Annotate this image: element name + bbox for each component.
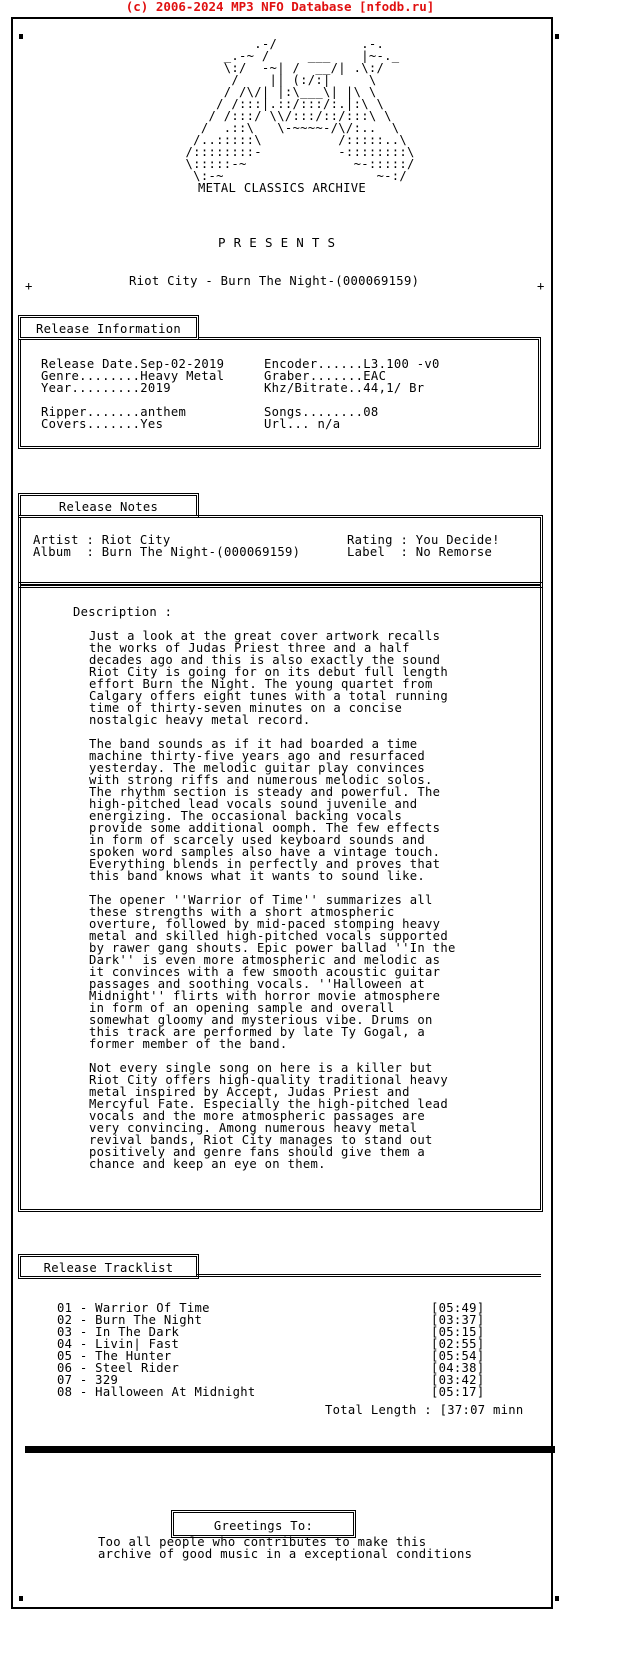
corner-marker-icon (19, 34, 23, 39)
copyright-banner: (c) 2006-2024 MP3 NFO Database [nfodb.ru… (0, 0, 560, 14)
info-row: Url... n/a (264, 418, 440, 430)
section-separator (25, 1446, 555, 1453)
info-value: 08 (363, 405, 378, 419)
presents-heading: P R E S E N T S (218, 237, 335, 249)
info-row: Khz/Bitrate..44,1/ Br (264, 382, 440, 394)
description-text: Just a look at the great cover artwork r… (89, 630, 456, 1182)
corner-marker-icon (555, 1596, 559, 1601)
label-value: No Remorse (416, 545, 492, 559)
info-row: Year.........2019 (41, 382, 224, 394)
description-paragraph: Not every single song on here is a kille… (89, 1062, 456, 1170)
release-info-left: Release Date.Sep-02-2019Genre........Hea… (41, 358, 224, 430)
info-label: Url... (264, 417, 317, 431)
title-bullet-left: + (25, 280, 33, 292)
release-info-tab: Release Information (18, 315, 199, 340)
total-length-label: Total Length : (325, 1403, 440, 1417)
info-value: n/a (317, 417, 340, 431)
title-bullet-right: + (537, 280, 545, 292)
label-label: Label : (347, 545, 416, 559)
album-value: Burn The Night-(000069159) (102, 545, 301, 559)
info-label: Year......... (41, 381, 140, 395)
tracklist-divider (197, 1274, 541, 1277)
ascii-logo: .-/ .-. _.-~ / ___ |~-._ \:/ -~| / __/| … (155, 38, 415, 182)
greetings-text: Too all people who contributes to make t… (98, 1536, 472, 1560)
tracklist-tab-label: Release Tracklist (21, 1262, 196, 1274)
label-row: Label : No Remorse (347, 546, 492, 558)
track-title: 08 - Halloween At Midnight (57, 1385, 256, 1399)
album-row: Album : Burn The Night-(000069159) (33, 546, 300, 558)
logo-caption: METAL CLASSICS ARCHIVE (198, 182, 366, 194)
info-value: 44,1/ Br (363, 381, 424, 395)
track-list: 01 - Warrior Of Time[05:49]02 - Burn The… (57, 1302, 256, 1398)
description-paragraph: The opener ''Warrior of Time'' summarize… (89, 894, 456, 1050)
release-notes-tab-label: Release Notes (21, 501, 196, 513)
description-heading: Description : (73, 606, 172, 618)
release-info-right: Encoder......L3.100 -v0Graber.......EACK… (264, 358, 440, 430)
info-value: 2019 (140, 381, 171, 395)
description-paragraph: Just a look at the great cover artwork r… (89, 630, 456, 726)
total-length-row: Total Length : [37:07 minn (325, 1404, 524, 1416)
track-row: 08 - Halloween At Midnight[05:17] (57, 1386, 256, 1398)
greetings-tab-label: Greetings To: (174, 1520, 353, 1532)
release-info-tab-label: Release Information (21, 323, 196, 335)
greetings-tab: Greetings To: (171, 1510, 356, 1538)
album-label: Album : (33, 545, 102, 559)
total-length-value: [37:07 minn (440, 1403, 524, 1417)
tracklist-tab: Release Tracklist (18, 1254, 199, 1279)
description-paragraph: The band sounds as if it had boarded a t… (89, 738, 456, 882)
info-value: Yes (140, 417, 163, 431)
corner-marker-icon (555, 34, 559, 39)
release-title: Riot City - Burn The Night-(000069159) (129, 275, 419, 287)
info-row: Covers.......Yes (41, 418, 224, 430)
corner-marker-icon (19, 1596, 23, 1601)
track-length: [05:17] (431, 1386, 484, 1398)
info-label: Covers....... (41, 417, 140, 431)
info-label: Khz/Bitrate.. (264, 381, 363, 395)
